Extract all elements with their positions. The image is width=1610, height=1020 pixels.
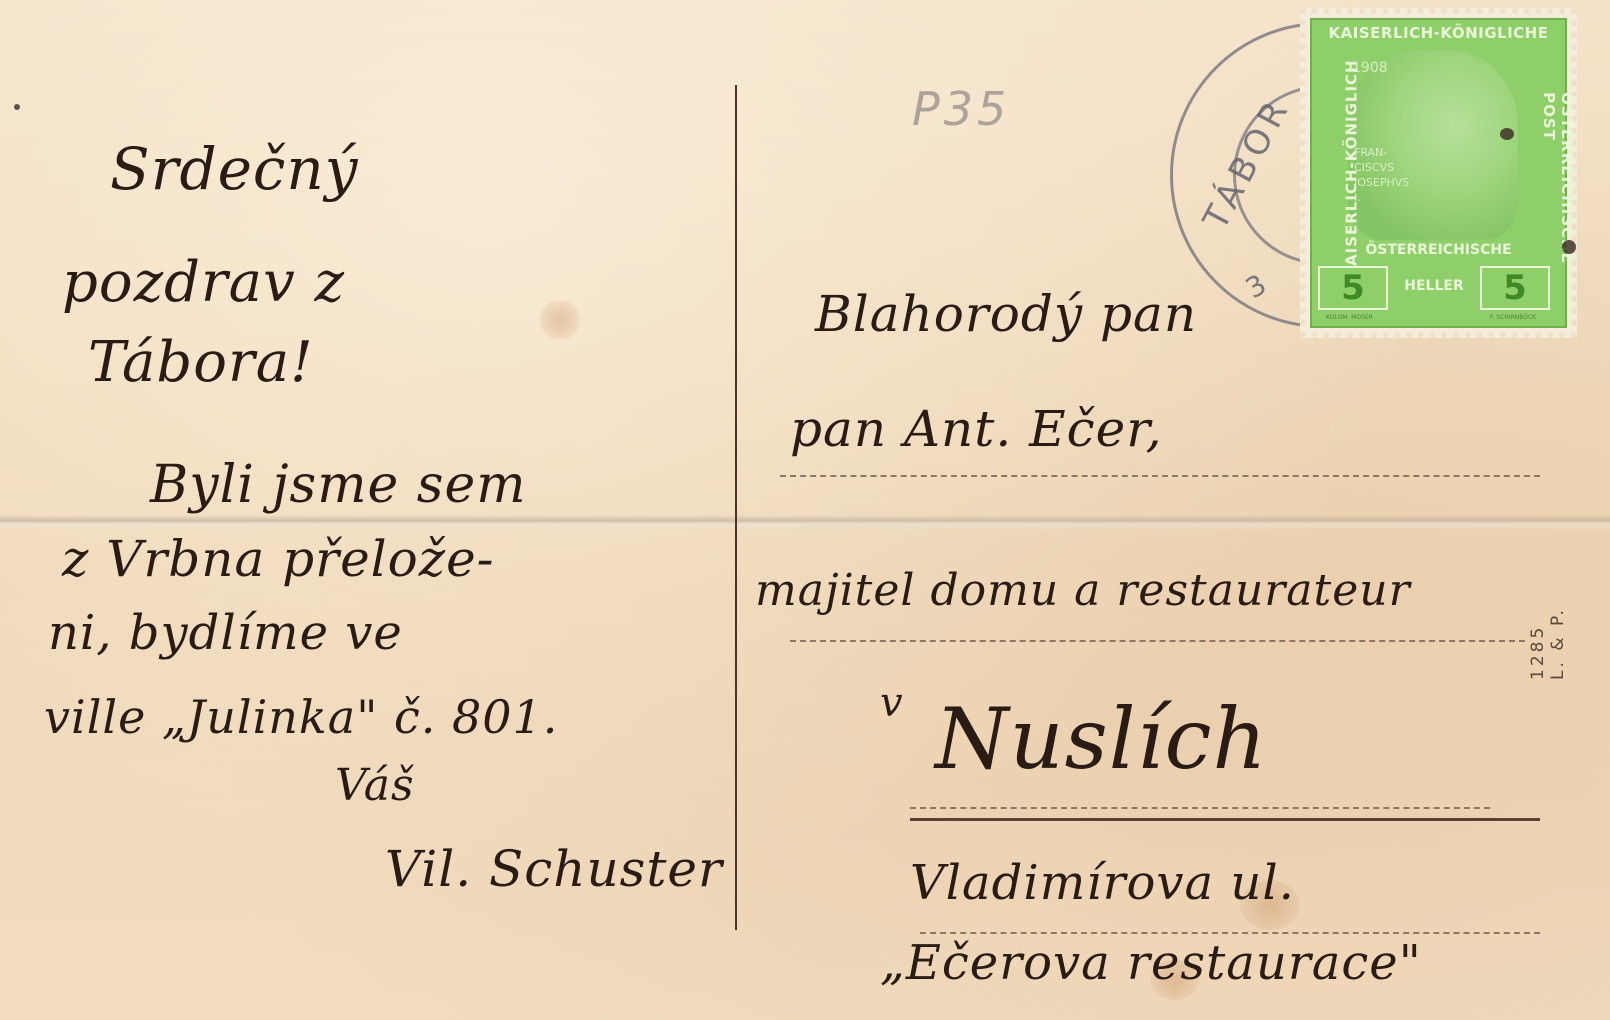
address-occupation: majitel domu a restaurateur: [755, 565, 1411, 616]
printer-mark: 1285 L. & P.: [1528, 598, 1568, 680]
fold-crease: [0, 515, 1610, 531]
stamp-value-left: 5: [1318, 266, 1388, 310]
address-recipient: pan Ant. Ečer,: [790, 400, 1163, 458]
ink-blot: [14, 104, 20, 110]
stamp-name-line: JOSEPHVS: [1354, 175, 1424, 190]
stamp-designer-right: F. SCHIRNBÖCK: [1490, 314, 1536, 321]
stamp-body: KAISERLICH-KÖNIGLICHE KAISERLICH-KÖNIGLI…: [1310, 18, 1567, 328]
postage-stamp: KAISERLICH-KÖNIGLICHE KAISERLICH-KÖNIGLI…: [1300, 8, 1577, 338]
pencil-note: P35: [912, 82, 1010, 136]
message-line: Srdečný: [110, 135, 359, 203]
stamp-bottom-text: ÖSTERREICHISCHE: [1332, 242, 1545, 258]
message-line: z Vrbna přelože-: [62, 530, 495, 588]
stamp-portrait-name: FRAN- CISCVS JOSEPHVS I.: [1354, 145, 1424, 205]
address-business: „Ečerova restaurace": [880, 935, 1422, 991]
message-line: Byli jsme sem: [150, 455, 527, 515]
address-preposition: v: [880, 680, 904, 726]
stain: [540, 300, 580, 340]
stamp-name-line: I.: [1354, 190, 1424, 205]
ink-blot: [1500, 128, 1514, 140]
address-line-4: [920, 932, 1540, 934]
ink-blot: [1562, 240, 1576, 254]
stamp-right-text: ÖSTERREICHISCHE POST: [1540, 92, 1576, 264]
center-divider-line: [735, 85, 737, 930]
address-line-1: [780, 475, 1540, 477]
message-line: Tábora!: [88, 330, 314, 395]
postcard: P35 Srdečný pozdrav z Tábora! Byli jsme …: [0, 0, 1610, 1020]
stamp-top-text: KAISERLICH-KÖNIGLICHE: [1322, 24, 1555, 42]
stamp-name-line: FRAN-: [1354, 145, 1424, 160]
address-street: Vladimírova ul.: [910, 855, 1295, 911]
stamp-year: 1908: [1352, 60, 1388, 76]
signature: Vil. Schuster: [385, 840, 723, 898]
message-line: Váš: [335, 760, 415, 811]
stamp-denomination: HELLER: [1392, 278, 1476, 294]
message-line: ni, bydlíme ve: [48, 605, 403, 661]
message-line: pozdrav z: [62, 250, 345, 315]
address-town-rule: [910, 818, 1540, 821]
stamp-designer-left: KOLOM. MOSER: [1326, 314, 1373, 321]
address-line-3: [910, 807, 1490, 809]
message-line: ville „Julinka" č. 801.: [44, 690, 558, 744]
address-line-2: [790, 640, 1525, 642]
address-town: Nuslích: [935, 690, 1268, 788]
stamp-value-right: 5: [1480, 266, 1550, 310]
stamp-name-line: CISCVS: [1354, 160, 1424, 175]
address-salutation: Blahorodý pan: [815, 285, 1197, 343]
postmark-number: 3: [1240, 268, 1272, 305]
